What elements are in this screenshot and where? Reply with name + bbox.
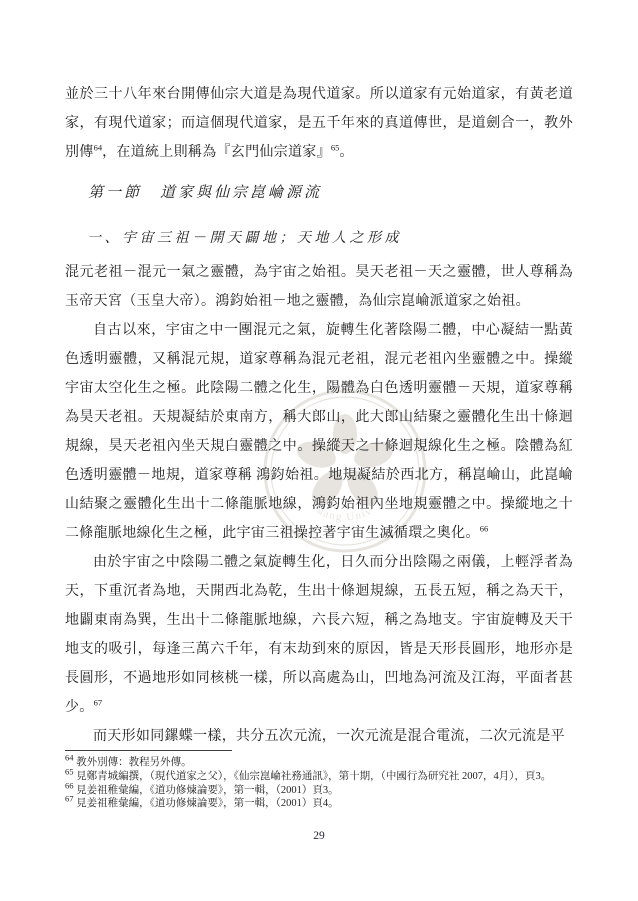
section-heading: 第一節 道家與仙宗崑崘源流 (65, 179, 573, 208)
footnote-separator (65, 750, 232, 751)
paragraph: 自古以來，宇宙之中一團混元之氣，旋轉生化著陰陽二體，中心凝結一點黃色透明靈體，又… (65, 316, 573, 548)
footnote-text: 教外別傳：教程另外傳。 (74, 757, 192, 768)
footnote-text: 見姜祖稚彙編，《道功修煉論要》，第一輯，（2001）頁4。 (74, 798, 339, 809)
text-run: ，在道統上則稱為『玄門仙宗道家』 (102, 145, 331, 160)
paragraph: 由於宇宙之中陰陽二體之氣旋轉生化，日久而分出陰陽之兩儀，上輕浮者為天，下重沉者為… (65, 548, 573, 722)
document-blocks: 並於三十八年來台開傳仙宗大道是為現代道家。所以道家有元始道家，有黃老道家，有現代… (65, 80, 573, 751)
document-page: uang Univ 並於三十八年來台開傳仙宗大道是為現代道家。所以道家有元始道家… (0, 0, 638, 901)
footnote-number: 64 (65, 753, 74, 763)
text-run: 由於宇宙之中陰陽二體之氣旋轉生化，日久而分出陰陽之兩儀，上輕浮者為天，下重沉者為… (65, 555, 573, 715)
text-run: 第一節 道家與仙宗崑崘源流 (88, 185, 322, 201)
paragraph: 混元老祖－混元一氣之靈體，為宇宙之始祖。昊天老祖－天之靈體，世人尊稱為玉帝天宮（… (65, 258, 573, 316)
text-run: 一、宇宙三祖－開天闢地；天地人之形成 (87, 231, 402, 246)
footnote-item: 65 見鄭青城編撰，（現代道家之父），《仙宗崑崘社務通訊》，第十期，（中國行為研… (65, 770, 573, 784)
footnote-number: 66 (65, 780, 74, 790)
footnote-item: 64 教外別傳：教程另外傳。 (65, 756, 573, 770)
footnote-number: 67 (65, 794, 74, 804)
page-number: 29 (0, 830, 638, 842)
footnote-text: 見姜祖稚彙編，《道功修煉論要》，第一輯，（2001）頁3。 (74, 785, 339, 796)
text-run: 混元老祖－混元一氣之靈體，為宇宙之始祖。昊天老祖－天之靈體，世人尊稱為玉帝天宮（… (65, 265, 573, 309)
footnote-ref: 66 (480, 523, 489, 533)
text-run: 自古以來，宇宙之中一團混元之氣，旋轉生化著陰陽二體，中心凝結一點黃色透明靈體，又… (65, 323, 573, 541)
paragraph: 並於三十八年來台開傳仙宗大道是為現代道家。所以道家有元始道家，有黃老道家，有現代… (65, 80, 573, 167)
text-run: 。 (339, 145, 353, 160)
footnote-ref: 64 (94, 142, 103, 152)
footnote-text: 見鄭青城編撰，（現代道家之父），《仙宗崑崘社務通訊》，第十期，（中國行為研究社 … (74, 771, 552, 782)
subsection-heading: 一、宇宙三祖－開天闢地；天地人之形成 (65, 224, 573, 253)
text-run: 而天形如同鏍蝶一樣，共分五次元流，一次元流是混合電流，二次元流是平 (93, 729, 565, 744)
paragraph: 而天形如同鏍蝶一樣，共分五次元流，一次元流是混合電流，二次元流是平 (65, 722, 573, 751)
footnotes-section: 64 教外別傳：教程另外傳。65 見鄭青城編撰，（現代道家之父），《仙宗崑崘社務… (65, 750, 573, 811)
footnote-item: 67 見姜祖稚彙編，《道功修煉論要》，第一輯，（2001）頁4。 (65, 797, 573, 811)
footnotes-list: 64 教外別傳：教程另外傳。65 見鄭青城編撰，（現代道家之父），《仙宗崑崘社務… (65, 756, 573, 811)
footnote-ref: 67 (94, 697, 103, 707)
footnote-item: 66 見姜祖稚彙編，《道功修煉論要》，第一輯，（2001）頁3。 (65, 784, 573, 798)
footnote-number: 65 (65, 766, 74, 776)
